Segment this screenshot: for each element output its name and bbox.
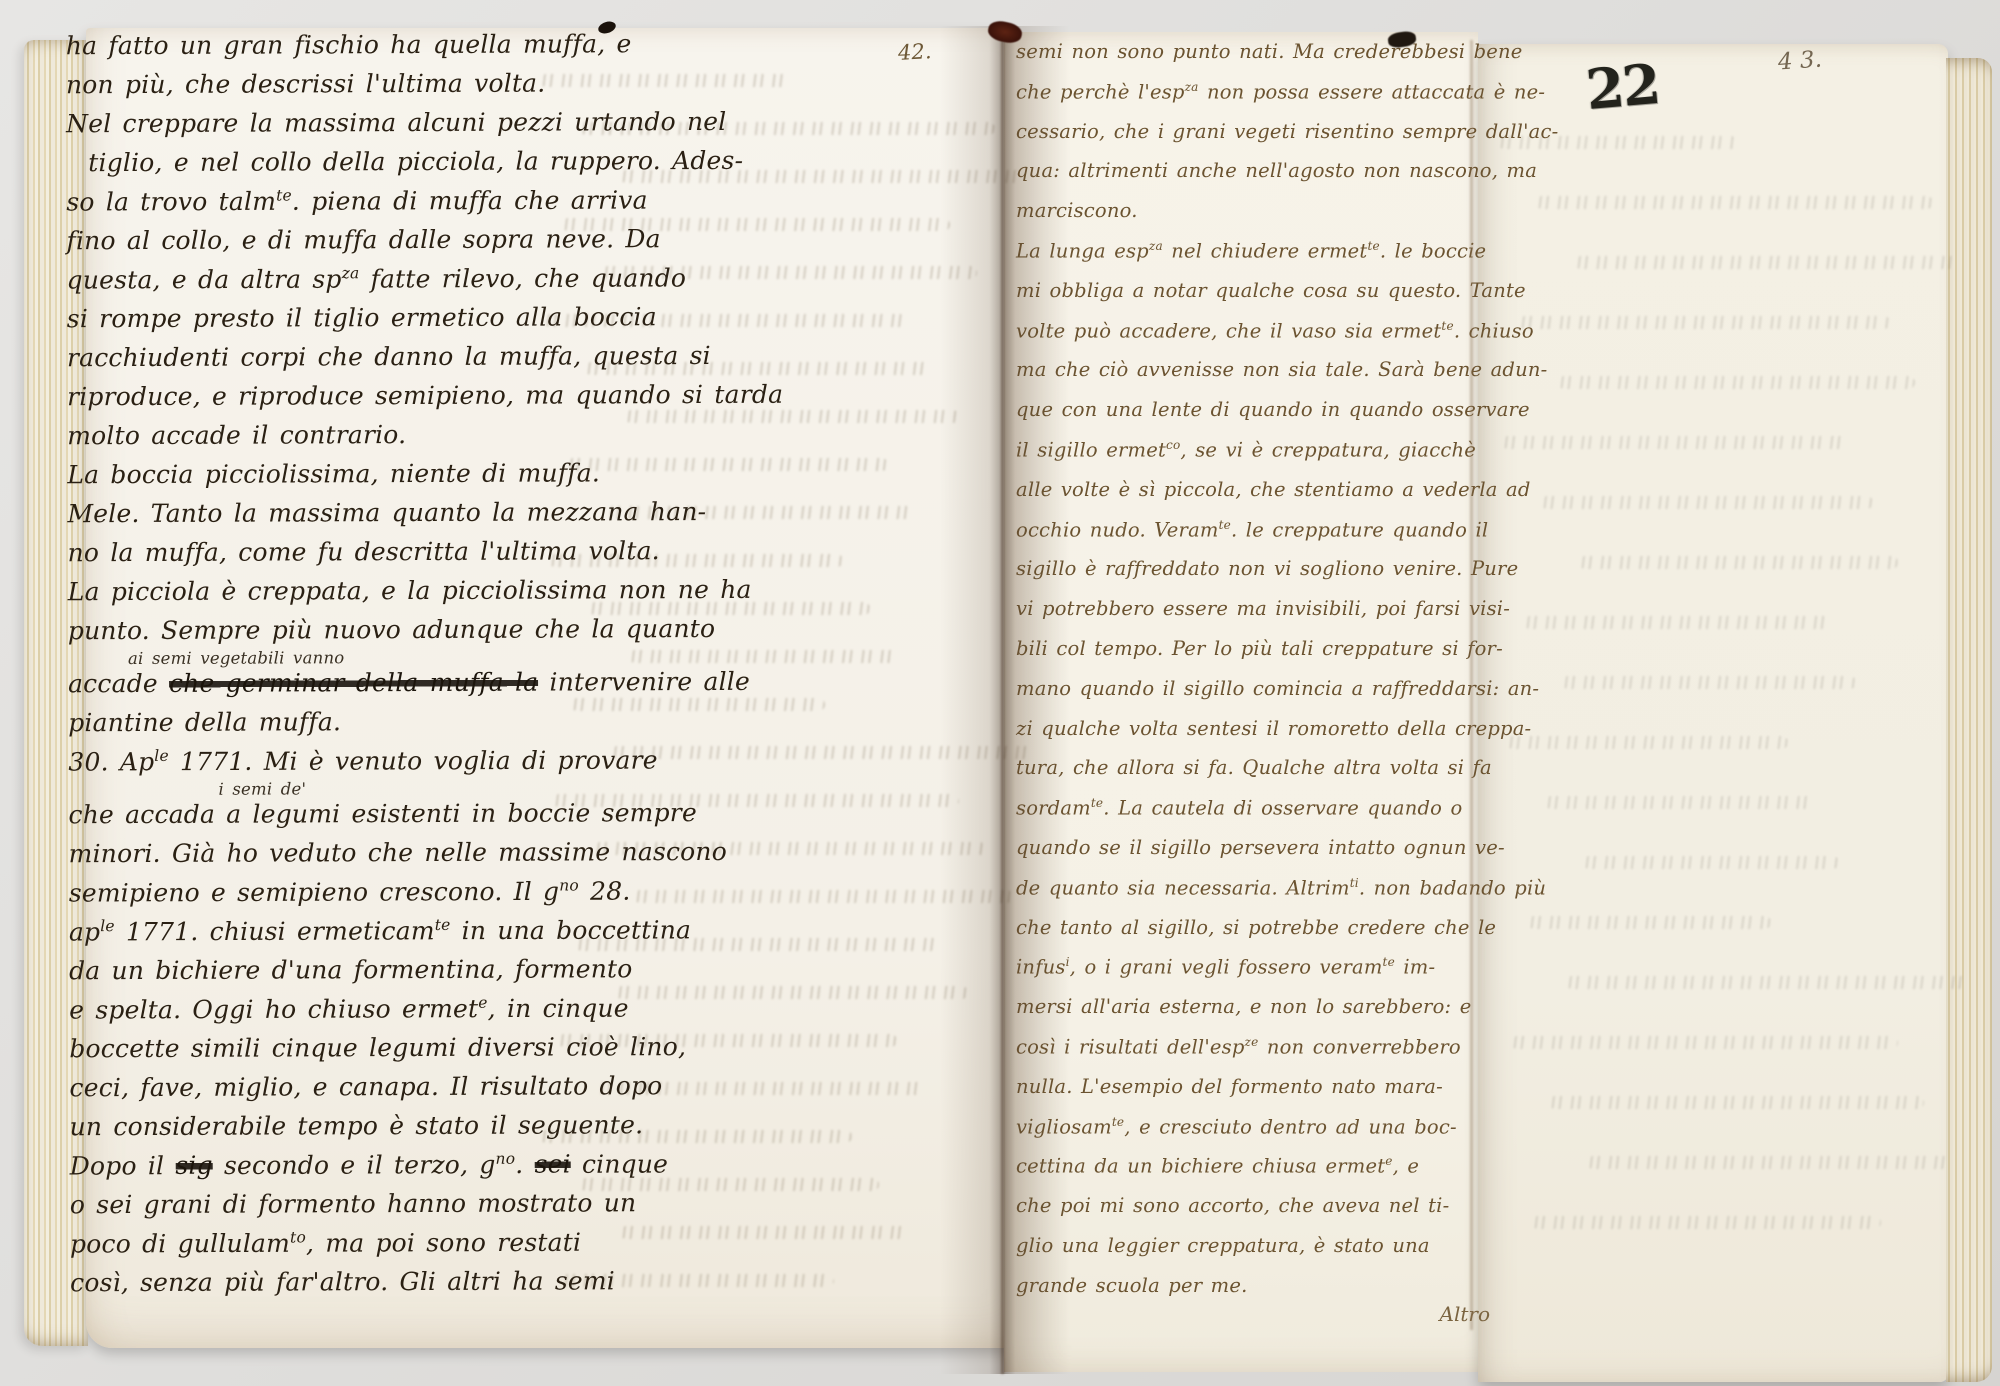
manuscript-line: mersi all'aria esterna, e non lo sarebbe… <box>1016 995 1502 1035</box>
manuscript-line: un considerabile tempo è stato il seguen… <box>70 1110 770 1151</box>
manuscript-line: boccette simili cinque legumi diversi ci… <box>69 1032 769 1073</box>
manuscript-line: so la trovo talmte. piena di muffa che a… <box>66 185 766 226</box>
manuscript-line: che poi mi sono accorto, che aveva nel t… <box>1016 1194 1502 1234</box>
manuscript-line: non più, che descrissi l'ultima volta. <box>66 68 766 109</box>
manuscript-line: glio una leggier creppatura, è stato una <box>1016 1234 1502 1274</box>
manuscript-line: sordamte. La cautela di osservare quando… <box>1016 796 1502 836</box>
manuscript-line: mano quando il sigillo comincia a raffre… <box>1016 677 1502 717</box>
manuscript-line: Mele. Tanto la massima quanto la mezzana… <box>67 497 767 538</box>
manuscript-line: così i risultati dell'espze non converre… <box>1016 1035 1502 1075</box>
manuscript-line: de quanto sia necessaria. Altrimti. non … <box>1016 876 1502 916</box>
manuscript-line: tiglio, e nel collo della picciola, la r… <box>88 146 766 187</box>
manuscript-line: così, senza più far'altro. Gli altri ha … <box>70 1266 770 1307</box>
manuscript-line: racchiudenti corpi che danno la muffa, q… <box>67 341 767 382</box>
manuscript-line: da un bichiere d'una formentina, forment… <box>69 954 769 995</box>
manuscript-line: La boccia picciolissima, niente di muffa… <box>67 458 767 499</box>
manuscript-line: che tanto al sigillo, si potrebbe creder… <box>1016 916 1502 956</box>
manuscript-line: si rompe presto il tiglio ermetico alla … <box>67 302 767 343</box>
folio-number-left: 42. <box>897 39 932 65</box>
manuscript-line: e spelta. Oggi ho chiuso ermete, in cinq… <box>69 993 769 1034</box>
manuscript-line: sigillo è raffreddato non vi sogliono ve… <box>1016 557 1502 597</box>
manuscript-photo: ha fatto un gran fischio ha quella muffa… <box>0 0 2000 1386</box>
manuscript-line: Dopo il sig secondo e il terzo, gno. sei… <box>70 1149 770 1190</box>
manuscript-line: Nel creppare la massima alcuni pezzi urt… <box>66 107 766 148</box>
manuscript-line: piantine della muffa. <box>68 706 768 747</box>
manuscript-line: fino al collo, e di muffa dalle sopra ne… <box>66 224 766 265</box>
manuscript-line: qua: altrimenti anche nell'agosto non na… <box>1016 159 1502 199</box>
gutter-fold-line <box>1001 30 1004 1374</box>
right-page-text: semi non sono punto nati. Ma crederebbes… <box>1016 40 1502 1314</box>
manuscript-line: mi obbliga a notar qualche cosa su quest… <box>1016 279 1502 319</box>
manuscript-line: semipieno e semipieno crescono. Il gno 2… <box>69 876 769 917</box>
manuscript-line: nulla. L'esempio del formento nato mara- <box>1016 1075 1502 1115</box>
manuscript-line: La picciola è creppata, e la picciolissi… <box>68 575 768 616</box>
manuscript-line: ma che ciò avvenisse non sia tale. Sarà … <box>1016 358 1502 398</box>
manuscript-line: ha fatto un gran fischio ha quella muffa… <box>66 29 766 70</box>
manuscript-line: cessario, che i grani vegeti risentino s… <box>1016 120 1502 160</box>
manuscript-line: che perchè l'espza non possa essere atta… <box>1016 80 1502 120</box>
manuscript-line: occhio nudo. Veramte. le creppature quan… <box>1016 518 1502 558</box>
manuscript-line: semi non sono punto nati. Ma crederebbes… <box>1016 40 1502 80</box>
catchword: Altro <box>1340 1302 1490 1326</box>
right-page-edge-line <box>1470 40 1473 1330</box>
manuscript-line: bili col tempo. Per lo più tali creppatu… <box>1016 637 1502 677</box>
manuscript-line: minori. Già ho veduto che nelle massime … <box>69 837 769 878</box>
manuscript-line: accade che germinar della muffa la inter… <box>68 667 768 708</box>
page-number-stamp: 22 <box>1583 51 1661 122</box>
left-page-text: ha fatto un gran fischio ha quella muffa… <box>66 29 770 1307</box>
manuscript-line: que con una lente di quando in quando os… <box>1016 398 1502 438</box>
manuscript-line: marciscono. <box>1016 199 1502 239</box>
manuscript-line: molto accade il contrario. <box>67 419 767 460</box>
manuscript-line: poco di gullulamto, ma poi sono restati <box>70 1227 770 1268</box>
manuscript-line: ai semi vegetabili vanno <box>128 647 768 669</box>
manuscript-line: zi qualche volta sentesi il romoretto de… <box>1016 717 1502 757</box>
manuscript-line: ceci, fave, miglio, e canapa. Il risulta… <box>69 1071 769 1112</box>
manuscript-line: che accada a legumi esistenti in boccie … <box>68 798 768 839</box>
next-leaf-page <box>1478 44 1948 1382</box>
manuscript-line: tura, che allora si fa. Qualche altra vo… <box>1016 756 1502 796</box>
fore-edge <box>1946 58 1992 1382</box>
manuscript-line: o sei grani di formento hanno mostrato u… <box>70 1188 770 1229</box>
manuscript-line: infusi, o i grani vegli fossero veramte … <box>1016 955 1502 995</box>
manuscript-line: il sigillo ermetco, se vi è creppatura, … <box>1016 438 1502 478</box>
manuscript-line: no la muffa, come fu descritta l'ultima … <box>68 536 768 577</box>
manuscript-line: vigliosamte, e cresciuto dentro ad una b… <box>1016 1115 1502 1155</box>
manuscript-line: volte può accadere, che il vaso sia erme… <box>1016 319 1502 359</box>
manuscript-line: questa, e da altra spza fatte rilevo, ch… <box>67 263 767 304</box>
manuscript-line: La lunga espza nel chiudere ermette. le … <box>1016 239 1502 279</box>
folio-number-next-leaf: 4 3. <box>1777 47 1823 76</box>
manuscript-line: cettina da un bichiere chiusa ermete, e <box>1016 1154 1502 1194</box>
manuscript-line: alle volte è sì piccola, che stentiamo a… <box>1016 478 1502 518</box>
manuscript-line: vi potrebbero essere ma invisibili, poi … <box>1016 597 1502 637</box>
manuscript-line: riproduce, e riproduce semipieno, ma qua… <box>67 380 767 421</box>
manuscript-line: quando se il sigillo persevera intatto o… <box>1016 836 1502 876</box>
manuscript-line: i semi de' <box>218 778 768 800</box>
manuscript-line: aple 1771. chiusi ermeticamte in una boc… <box>69 915 769 956</box>
